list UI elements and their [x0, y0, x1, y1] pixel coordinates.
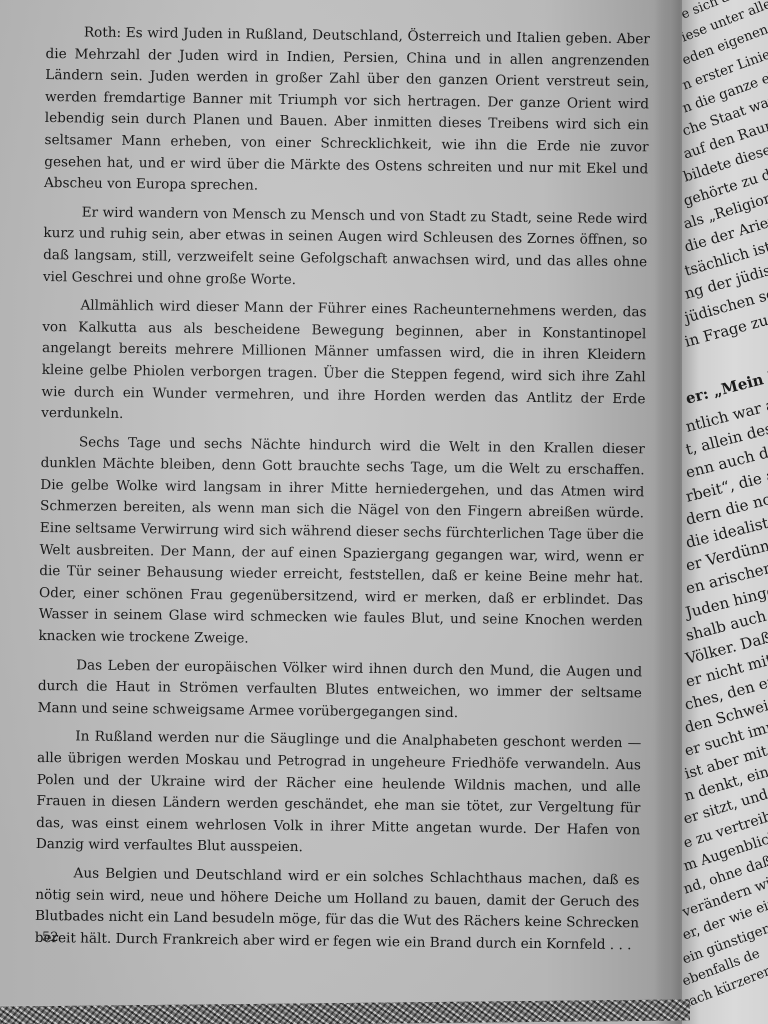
paragraph-6: In Rußland werden nur die Säuglinge und … — [36, 726, 642, 863]
paragraph-3: Allmählich wird dieser Mann der Führer e… — [41, 295, 647, 432]
book-photo: Roth: Es wird Juden in Rußland, Deutschl… — [0, 0, 768, 1024]
paragraph-5: Das Leben der europäischen Völker wird i… — [37, 655, 642, 727]
left-page: Roth: Es wird Juden in Rußland, Deutschl… — [0, 0, 680, 1005]
paragraph-4: Sechs Tage und sechs Nächte hindurch wir… — [38, 432, 645, 655]
left-page-text: Roth: Es wird Juden in Rußland, Deutschl… — [35, 22, 650, 964]
paragraph-2: Er wird wandern von Mensch zu Mensch und… — [43, 202, 648, 296]
paragraph-7: Aus Belgien und Deutschland wird er ein … — [35, 863, 640, 957]
right-page: e sich alsiese unter alleneden eigenen, … — [682, 0, 768, 1024]
paragraph-1: Roth: Es wird Juden in Rußland, Deutschl… — [44, 22, 650, 202]
page-number: 52 — [42, 930, 59, 945]
